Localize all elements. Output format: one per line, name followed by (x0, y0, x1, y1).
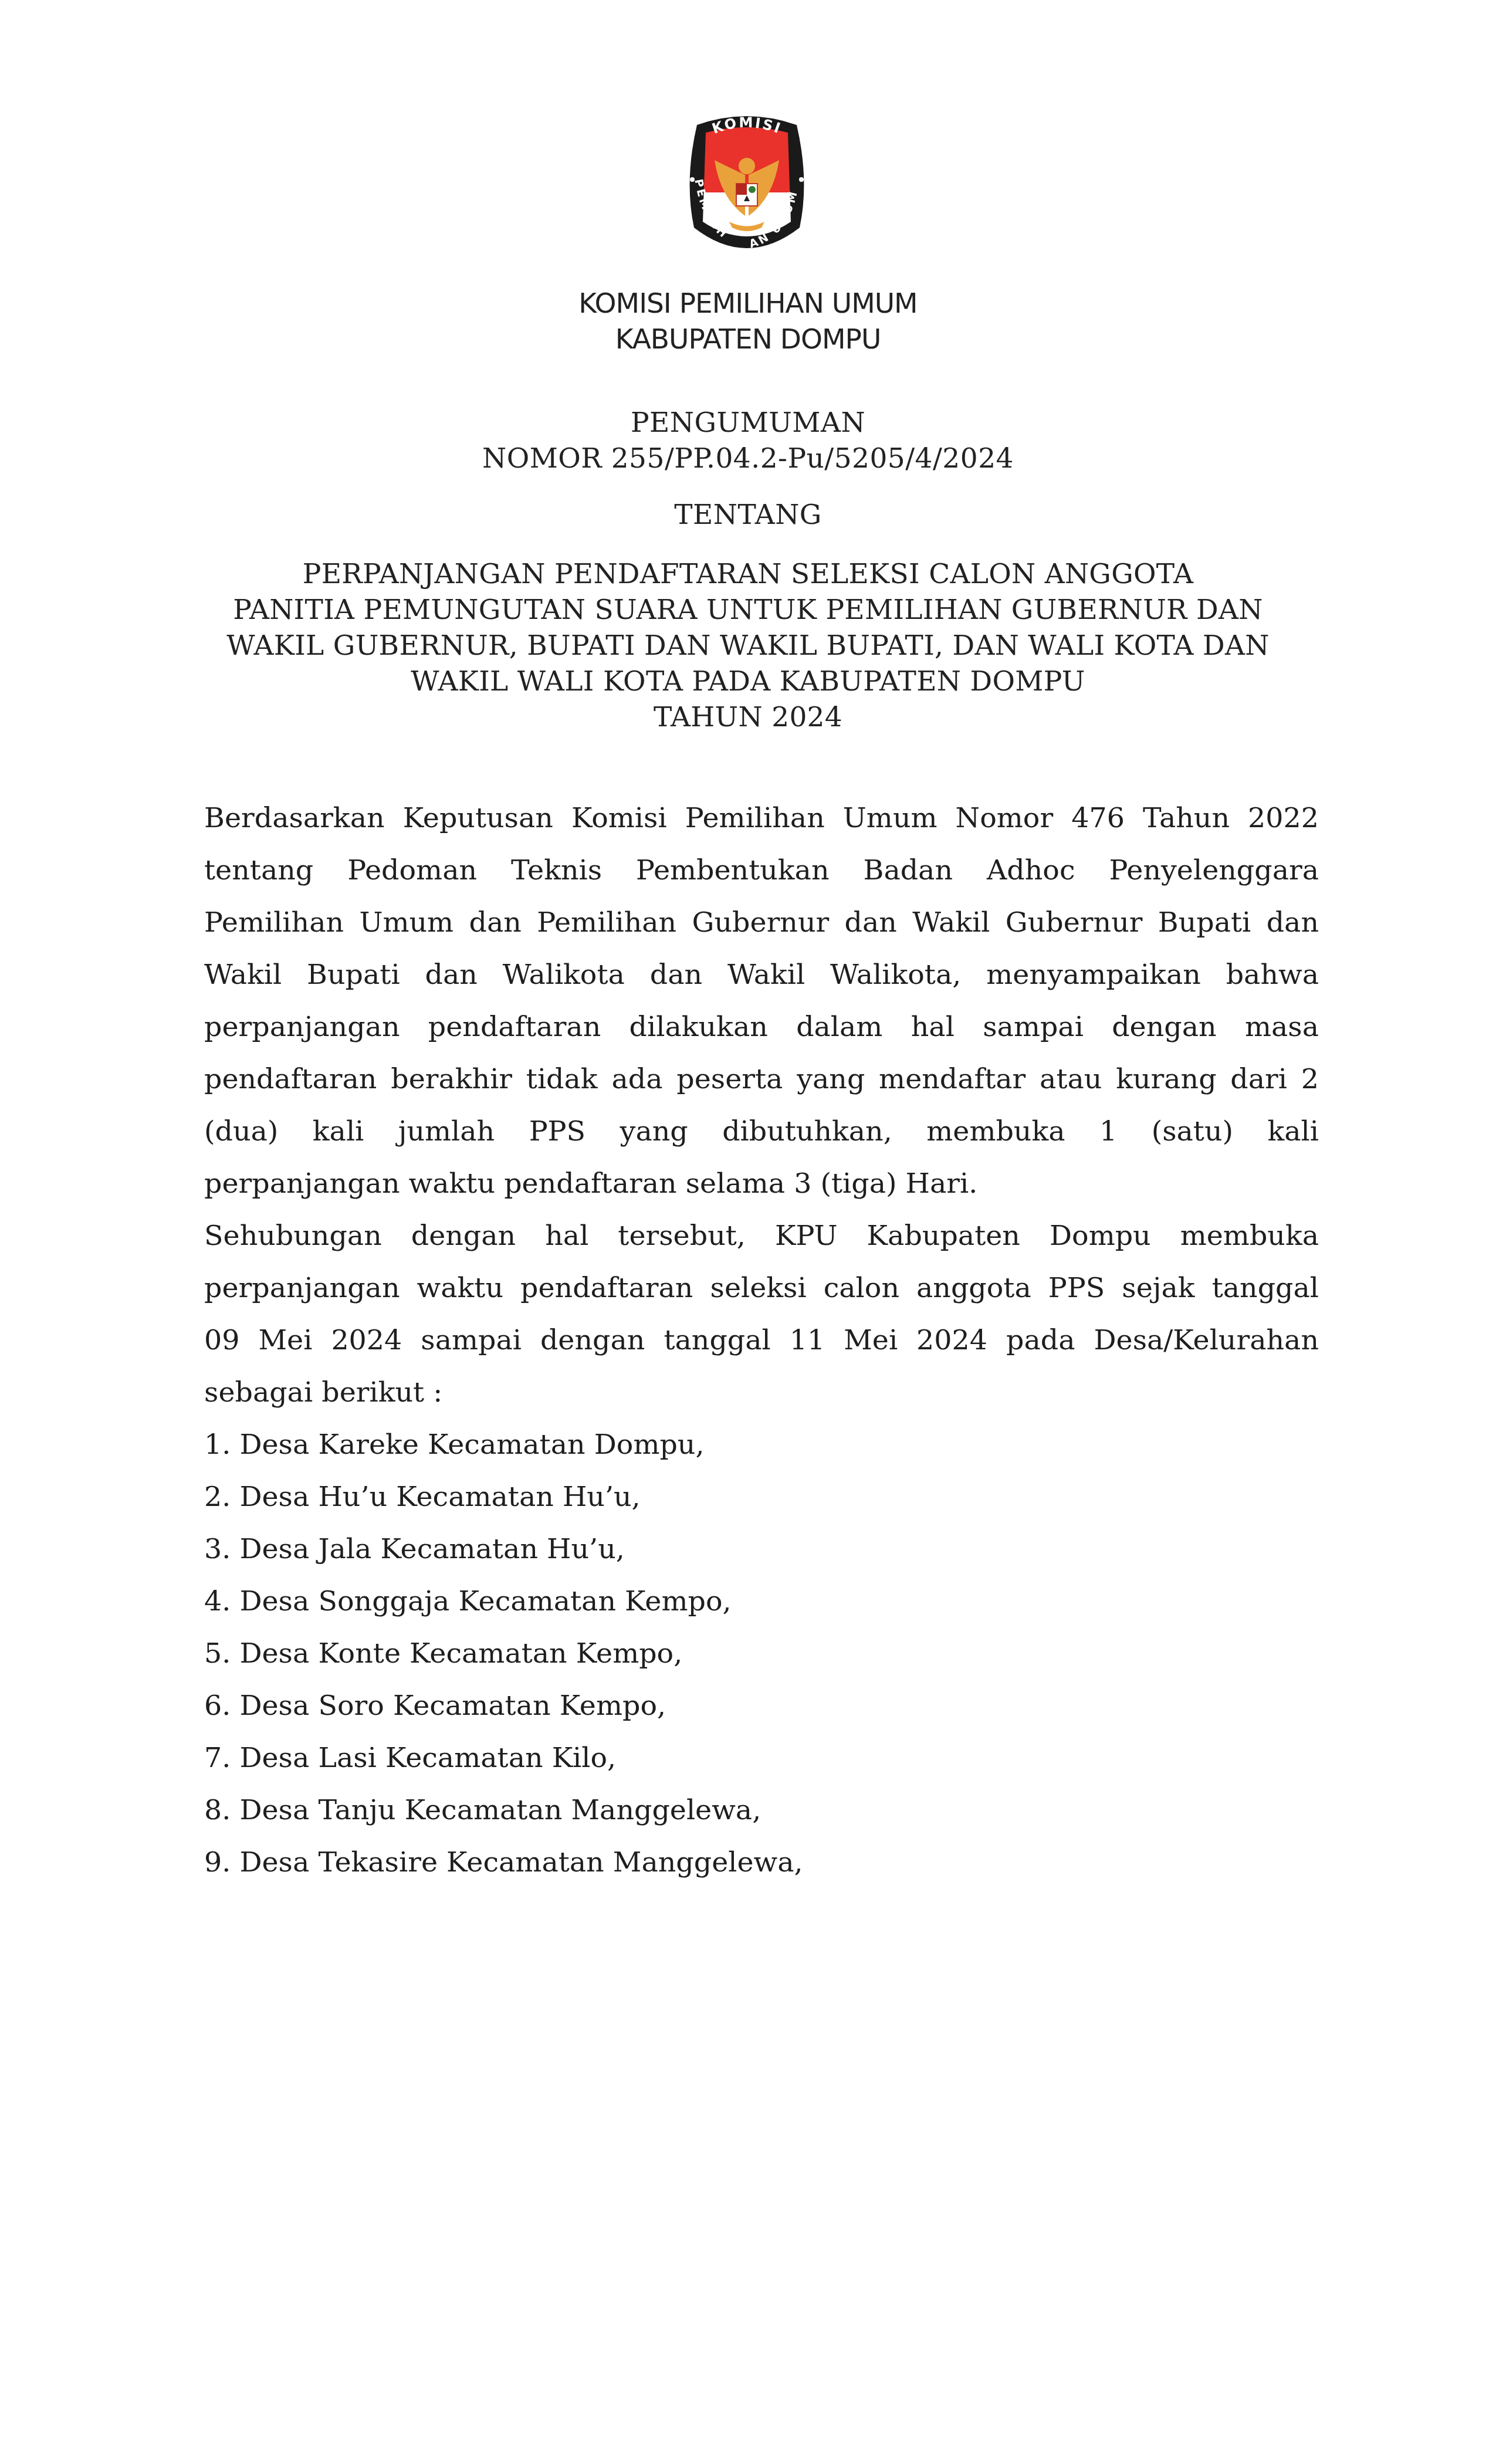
announcement-body: Berdasarkan Keputusan Komisi Pemilihan U… (204, 792, 1319, 1888)
paragraph-extension-period: Sehubungan dengan hal tersebut, KPU Kabu… (204, 1210, 1319, 1419)
list-item: 1. Desa Kareke Kecamatan Dompu, (204, 1419, 1319, 1471)
subject-line: PANITIA PEMUNGUTAN SUARA UNTUK PEMILIHAN… (176, 592, 1320, 628)
subject-line: WAKIL GUBERNUR, BUPATI DAN WAKIL BUPATI,… (176, 628, 1320, 664)
announcement-title: PENGUMUMAN (0, 407, 1496, 439)
list-item: 3. Desa Jala Kecamatan Hu’u, (204, 1523, 1319, 1575)
list-item: 2. Desa Hu’u Kecamatan Hu’u, (204, 1471, 1319, 1523)
kpu-garuda-emblem-icon: KOMISI PEMILIH AN UMUM (679, 104, 814, 263)
announcement-subject: PERPANJANGAN PENDAFTARAN SELEKSI CALON A… (176, 556, 1320, 735)
subject-line: TAHUN 2024 (176, 699, 1320, 735)
document-page: KOMISI PEMILIH AN UMUM KOMISI PEMILIHAN … (0, 0, 1496, 2464)
announcement-about-label: TENTANG (0, 499, 1496, 531)
list-item: 7. Desa Lasi Kecamatan Kilo, (204, 1732, 1319, 1784)
subject-line: WAKIL WALI KOTA PADA KABUPATEN DOMPU (176, 664, 1320, 699)
paragraph-legal-basis: Berdasarkan Keputusan Komisi Pemilihan U… (204, 792, 1319, 1210)
list-item: 9. Desa Tekasire Kecamatan Manggelewa, (204, 1836, 1319, 1888)
list-item: 5. Desa Konte Kecamatan Kempo, (204, 1627, 1319, 1680)
organization-name: KOMISI PEMILIHAN UMUM (0, 287, 1496, 320)
subject-line: PERPANJANGAN PENDAFTARAN SELEKSI CALON A… (176, 556, 1320, 592)
village-list: 1. Desa Kareke Kecamatan Dompu, 2. Desa … (204, 1419, 1319, 1888)
list-item: 4. Desa Songgaja Kecamatan Kempo, (204, 1575, 1319, 1627)
list-item: 8. Desa Tanju Kecamatan Manggelewa, (204, 1784, 1319, 1836)
list-item: 6. Desa Soro Kecamatan Kempo, (204, 1680, 1319, 1732)
organization-region: KABUPATEN DOMPU (0, 323, 1496, 356)
announcement-number: NOMOR 255/PP.04.2-Pu/5205/4/2024 (0, 442, 1496, 475)
